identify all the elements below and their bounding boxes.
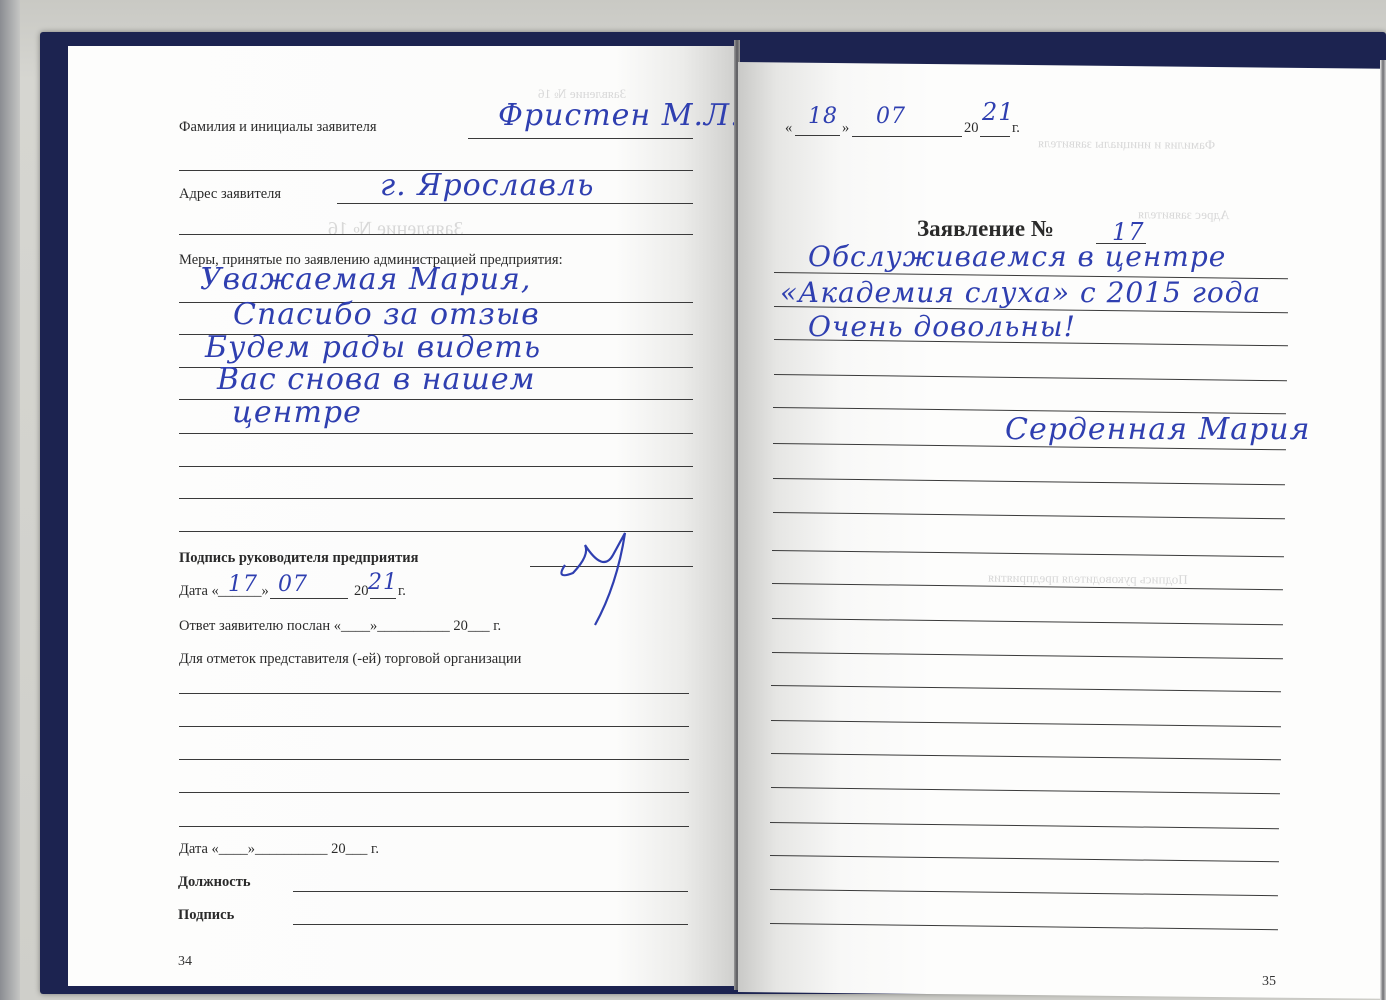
- ruled-line: [179, 792, 689, 793]
- date-close-quote: »: [842, 120, 849, 137]
- ruled-line: [179, 498, 693, 499]
- date-year-value[interactable]: 21: [982, 98, 1015, 126]
- applicant-name-line: [468, 138, 693, 139]
- trade-org-label: Для отметок представителя (-ей) торговой…: [179, 651, 521, 668]
- ruled-line: [179, 466, 693, 467]
- title-prefix: Заявление №: [917, 216, 1054, 242]
- statement-line[interactable]: «Академия слуха» с 2015 года: [780, 276, 1261, 309]
- statement-line[interactable]: Обслуживаемся в центре: [808, 240, 1226, 273]
- date-open-quote: «: [785, 120, 792, 137]
- ruled-line: [179, 759, 689, 760]
- date-month-value[interactable]: 07: [278, 572, 308, 597]
- signature-field[interactable]: [293, 924, 688, 925]
- bleed-through-text: Фамилия и инициалы заявителя: [1038, 135, 1215, 153]
- ruled-line: [179, 826, 689, 827]
- measures-line[interactable]: Вас снова в нашем: [217, 362, 535, 397]
- bleed-through-text: Адрес заявителя: [1138, 206, 1230, 223]
- date-month-line: [270, 598, 348, 599]
- applicant-name-value[interactable]: Фристен М.Л.: [498, 98, 741, 133]
- manager-signature-icon: [555, 525, 645, 635]
- date-underscore: ______»: [218, 583, 269, 600]
- signature-label: Подпись: [178, 907, 234, 924]
- position-label: Должность: [178, 874, 251, 891]
- date-day-line: [795, 135, 840, 136]
- page-stack-edge: [1380, 60, 1386, 1000]
- date-year-prefix: 20: [354, 583, 369, 600]
- ruled-line: [179, 693, 689, 694]
- manager-signature-label: Подпись руководителя предприятия: [179, 550, 418, 567]
- measures-line[interactable]: Уважаемая Мария,: [200, 262, 531, 297]
- measures-line[interactable]: Спасибо за отзыв: [233, 297, 540, 332]
- applicant-name-label: Фамилия и инициалы заявителя: [179, 119, 377, 136]
- bottom-date-label: Дата «____»__________ 20___ г.: [179, 841, 379, 858]
- date-year-line: [370, 598, 396, 599]
- measures-line[interactable]: центре: [232, 395, 362, 430]
- blank-line: [179, 234, 693, 235]
- ruled-line: [179, 433, 693, 434]
- author-signature[interactable]: Серденная Мария: [1005, 412, 1310, 447]
- page-number-right: 35: [1262, 974, 1276, 990]
- date-label: Дата «: [179, 583, 219, 600]
- bleed-through-title: Заявление № 16: [328, 218, 464, 241]
- measures-line[interactable]: Будем рады видеть: [205, 330, 541, 365]
- date-day-value[interactable]: 18: [808, 104, 838, 129]
- applicant-address-label: Адрес заявителя: [179, 186, 281, 203]
- applicant-address-line: [337, 203, 693, 204]
- date-month-value[interactable]: 07: [876, 104, 906, 129]
- date-suffix: г.: [398, 583, 406, 600]
- reply-sent-label: Ответ заявителю послан «____»__________ …: [179, 618, 501, 635]
- position-field[interactable]: [293, 891, 688, 892]
- ruled-line: [179, 726, 689, 727]
- date-year-value[interactable]: 21: [368, 570, 398, 595]
- page-number-left: 34: [178, 954, 192, 970]
- applicant-address-value[interactable]: г. Ярославль: [380, 168, 594, 203]
- date-year-prefix: 20: [964, 120, 979, 137]
- date-month-line: [852, 136, 962, 137]
- background-surface: [0, 0, 20, 1000]
- bleed-through-text: Подпись руководителя предприятия: [988, 570, 1188, 588]
- date-year-line: [980, 136, 1010, 137]
- statement-line[interactable]: Очень довольны!: [808, 310, 1076, 343]
- date-suffix: г.: [1012, 120, 1020, 137]
